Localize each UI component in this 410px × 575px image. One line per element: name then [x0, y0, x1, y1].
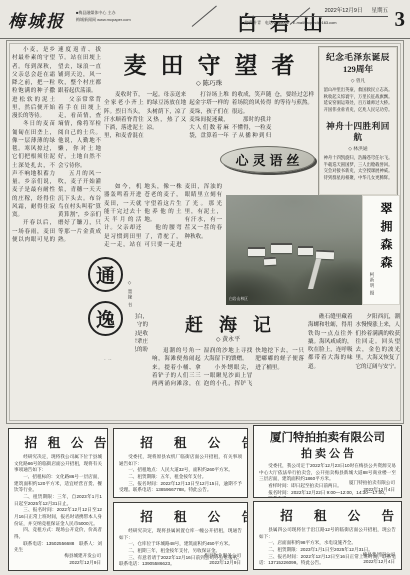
header-info-block: 2022年12月9日 星期五 ■编辑/叶青 电话/2255001 E-mail/… — [242, 6, 388, 26]
poem1-lines: 韶山冲里出英豪，救国救民立志高。秋收起义惊寰宇，万里长征战旗飘。延安窑洞运筹处，… — [322, 87, 394, 115]
poetry-sidebar: 纪念毛泽东诞辰 129周年 ◇ 曾凡 韶山冲里出英豪，救国救民立志高。秋收起义惊… — [318, 46, 398, 196]
calligraphy-seal-2: 逸 — [88, 301, 123, 336]
poem2-byline: ◇ 林洪通 — [322, 145, 394, 152]
photo-credit: 柯新明 摄 — [369, 272, 375, 296]
rental-notice-body: 经研究决定，现将我公司属下位于县城文化路86号的临街店面公开招租，现将有关事项通… — [14, 454, 102, 554]
main-content-frame: 麦田守望者 ◇ 陈巧珠 小麦，是乡村最朴素的守望者。每到深秋，父亲总会赶在霜降之… — [6, 40, 404, 424]
calligraphy-credit: ◇ 墨缘 书 — [127, 281, 133, 308]
article-byline-ganhaiji: ◇ 黄永平 — [152, 334, 304, 343]
column-badge-xinlingyusi: 心灵语丝 — [220, 146, 315, 173]
rental-notice-signature: 梅县城建开发公司 2022年12月9日 — [64, 552, 101, 566]
article2-body-right-columns: 礁石缝里藏着海螺和牡蛎，得用铁钩一点点往外撬。海风咸咸的，吹在脸上，连呼吸都带着… — [308, 313, 400, 413]
masthead-logo: 梅城报 — [8, 7, 65, 32]
auction-notice: 厦门特拍拍卖有限公司 拍卖公告 受委托，我公司定于2022年12月23日10时在… — [253, 425, 402, 498]
photo-caption: 翠拥森森 — [378, 202, 395, 274]
rental-notice-middle-bottom: 招租公告 经研究决定，现将县属闲置仓库一幢公开招租，现通告如下：一、仓库位于环城… — [113, 502, 248, 571]
photo-mountain-village: 白岩山林区 — [226, 195, 362, 305]
rental-notice-title: 招租公告 — [119, 507, 242, 525]
decorative-slash-left — [192, 6, 217, 27]
signer: 梅县物业服务公司 — [204, 552, 241, 559]
photo-house — [264, 256, 276, 265]
rental-notice-title: 招租公告 — [259, 506, 396, 524]
photo-house — [298, 246, 313, 255]
photo-path — [297, 259, 333, 289]
article-byline-maitian: ◇ 陈巧珠 — [103, 78, 315, 87]
poem1-title-line1: 纪念毛泽东诞辰 — [322, 52, 394, 63]
poem2-lines: 神舟十四凯旋归，浩瀚苍穹任尔飞。半载巡天圆国梦，三人出舱载誉回。交会对接书新史，… — [322, 155, 394, 183]
rental-notice-title: 招租公告 — [14, 433, 102, 451]
editor-contact: ■编辑/叶青 电话/2255001 E-mail/mcpmd@163.com — [242, 20, 388, 26]
article2-body-under-title: 退潮的号角一响，海滩便热闹起来。提着小桶、拿着铲子的人们三三两两涌向滩涂，在湿润… — [152, 347, 304, 413]
rental-notice-right-bottom: 招租公告 县属四公司现将位于沿江路12号的临街店面公开招租，现公告如下：一、店面… — [253, 501, 402, 570]
rental-notice-title: 招租公告 — [119, 433, 242, 451]
sign-date: 2022年12月4日 — [363, 558, 395, 565]
auction-notice-title: 拍卖公告 — [259, 445, 396, 461]
rental-notice-body: 受委托，现将原县农机厂临街店面公开招租，有关事项通告如下：一、招租地点：人民大道… — [119, 454, 242, 494]
calligraphy-seal-1: 通 — [88, 257, 123, 292]
photo-caption-strip: 翠拥森森 柯新明 摄 — [362, 195, 400, 305]
masthead-sub-line1: ■梅县融媒体中心 主办 — [76, 10, 131, 17]
auction-notice-signature: 厦门特拍拍卖有限公司 2022年12月4日 — [349, 479, 395, 493]
signer: 梅县城建开发公司 — [64, 552, 101, 559]
rental-notice-signature: 梅县物业服务公司 2022年12月9日 — [204, 552, 241, 566]
calligraphy-seals: 通 逸 ◇ 墨缘 书 — [87, 255, 135, 359]
newspaper-header: 梅城报 ■梅县融媒体中心 主办 梅城新闻网 www.mcpaper.com 白岩… — [0, 0, 410, 39]
auction-company-name: 厦门特拍拍卖有限公司 — [259, 429, 396, 445]
article-title-maitian: 麦田守望者 — [103, 47, 315, 80]
rental-notice-left: 招租公告 经研究决定，现将我公司属下位于县城文化路86号的临街店面公开招租，现将… — [8, 428, 108, 571]
masthead-subtext: ■梅县融媒体中心 主办 梅城新闻网 www.mcpaper.com — [76, 10, 131, 24]
signer: 厦门特拍拍卖有限公司 — [349, 479, 395, 486]
date-row: 2022年12月9日 星期五 — [242, 6, 388, 17]
masthead-sub-line2: 梅城新闻网 www.mcpaper.com — [76, 17, 131, 24]
signer: 梅县集团四公司 — [363, 551, 395, 558]
rental-notice-signature: 梅县集团四公司 2022年12月4日 — [363, 551, 395, 565]
sign-date: 2022年12月4日 — [349, 486, 395, 493]
weekday: 星期五 — [371, 6, 388, 14]
article-body-left-columns: 小麦，是乡村最朴素的守望者。每到深秋，父亲总会赶在霜降之前，把一粒粒饱满的种子撒… — [12, 46, 101, 416]
photo-watermark: 白岩山林区 — [229, 297, 248, 302]
rental-notice-middle-top: 招租公告 受委托，现将原县农机厂临街店面公开招租，有关事项通告如下：一、招租地点… — [113, 428, 248, 498]
publish-date: 2022年12月9日 — [325, 6, 363, 14]
photo-house — [271, 243, 292, 253]
poem1-byline: ◇ 曾凡 — [322, 77, 394, 84]
newspaper-page: { "header": { "masthead": "梅城报", "masthe… — [0, 0, 410, 575]
poem2-title: 神舟十四胜利回航 — [322, 121, 394, 142]
poem1-title-line2: 129周年 — [322, 63, 394, 75]
sign-date: 2022年12月9日 — [204, 559, 241, 566]
page-number: 3 — [395, 7, 406, 32]
photo-house — [248, 247, 265, 256]
sign-date: 2022年12月9日 — [64, 559, 101, 566]
